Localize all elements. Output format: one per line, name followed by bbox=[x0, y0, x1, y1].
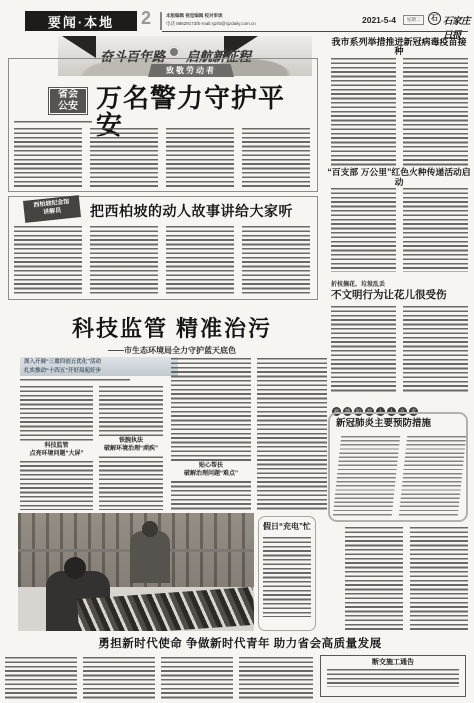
news-photo bbox=[18, 513, 254, 631]
police-body-col3 bbox=[166, 128, 234, 188]
section-label: 要闻·本地 bbox=[25, 11, 137, 31]
photo-person-back-head bbox=[142, 521, 158, 537]
masthead-contact-line: 电话 88629173/E-mail:sjzrb@sjzdaily.com.cn bbox=[166, 21, 316, 27]
relay-headline: “百支部 万公里”红色火种传递活动启动 bbox=[326, 172, 472, 183]
env-body-col4 bbox=[257, 358, 327, 510]
flower-body-col2 bbox=[403, 306, 468, 394]
right-lower-col2 bbox=[410, 527, 468, 632]
page-number: 2 bbox=[141, 8, 151, 29]
covid-box-text-col1 bbox=[333, 436, 400, 516]
xibaipo-body-col2 bbox=[90, 226, 158, 294]
env-slogan-banner: 深入开展“三重四创五优化”活动 扎实推动“十四五”开好局起好步 bbox=[20, 357, 178, 376]
notice-box: 断交施工通告 bbox=[320, 655, 466, 697]
police-badge-line2: 公安 bbox=[58, 101, 78, 113]
masthead-weekday: 星期二 bbox=[403, 15, 424, 25]
env-byline bbox=[20, 379, 130, 383]
photo-person-front-head bbox=[64, 557, 86, 579]
police-badge: 省会 公安 bbox=[48, 87, 88, 115]
banner-emblem-icon bbox=[168, 46, 180, 58]
photo-caption-box: 假日“充电”忙 bbox=[258, 516, 316, 631]
photo-person-back bbox=[130, 531, 170, 583]
police-body-col1 bbox=[14, 128, 82, 188]
masthead-divider bbox=[160, 12, 162, 30]
env-headline: 科技监管 精准治污 bbox=[52, 316, 292, 342]
env-subhead-1: 科技监管点亮环境问题“大屏” bbox=[20, 441, 93, 460]
bottom-body-col3 bbox=[161, 657, 233, 701]
paper-logo-icon: 石 bbox=[428, 12, 441, 25]
flower-body-col1 bbox=[331, 306, 396, 394]
police-badge-line1: 省会 bbox=[58, 89, 78, 101]
right-lower-col1 bbox=[345, 527, 403, 632]
covid-badge-row: 疫情防控人人有责 bbox=[332, 400, 432, 410]
police-body-col2 bbox=[90, 128, 158, 188]
relay-body-col2 bbox=[403, 188, 468, 272]
env-subhead-2: 铁腕执法破解环境治理“顽疾” bbox=[99, 436, 163, 455]
masthead-editor-line: 本版编辑 视觉编辑 校对审读 bbox=[166, 13, 316, 19]
vaccine-body-col1 bbox=[331, 58, 396, 168]
banner-left-triangle bbox=[62, 36, 96, 58]
xibaipo-headline: 把西柏坡的动人故事讲给大家听 bbox=[90, 204, 314, 219]
photo-caption-title: 假日“充电”忙 bbox=[263, 523, 311, 531]
covid-box-text-col2 bbox=[399, 436, 466, 516]
bottom-body-col1 bbox=[5, 657, 77, 701]
masthead-rule bbox=[162, 31, 468, 32]
police-body-col4 bbox=[242, 128, 310, 188]
bottom-body-col4 bbox=[239, 657, 313, 701]
xibaipo-body-col3 bbox=[166, 226, 234, 294]
notice-text bbox=[327, 669, 459, 687]
env-slogan-line2: 扎实推动“十四五”开好局起好步 bbox=[24, 367, 174, 376]
env-subhead-3: 贴心帮扶破解治理问题“难点” bbox=[171, 461, 251, 480]
notice-title: 断交施工通告 bbox=[327, 659, 459, 666]
vaccine-headline: 我市系列举措推进新冠病毒疫苗接种 bbox=[328, 41, 470, 53]
newspaper-page: 要闻·本地 2 本版编辑 视觉编辑 校对审读 电话 88629173/E-mai… bbox=[0, 0, 474, 703]
xibaipo-body-col1 bbox=[14, 226, 82, 294]
masthead-date: 2021-5-4 bbox=[362, 15, 396, 25]
photo-caption-text bbox=[263, 537, 311, 617]
covid-box-title: 新冠肺炎主要预防措施 bbox=[336, 419, 460, 429]
police-byline bbox=[14, 121, 92, 125]
flower-kicker: 折枝摘花、垃圾乱丢 bbox=[331, 282, 421, 288]
bottom-headline: 勇担新时代使命 争做新时代青年 助力省会高质量发展 bbox=[40, 638, 440, 651]
relay-body-col1 bbox=[331, 188, 396, 272]
covid-info-box: 新冠肺炎主要预防措施 bbox=[328, 412, 468, 522]
vaccine-body-col2 bbox=[403, 58, 468, 168]
env-body-col3 bbox=[171, 358, 251, 510]
xibaipo-body-col4 bbox=[242, 226, 310, 294]
env-slogan-line1: 深入开展“三重四创五优化”活动 bbox=[24, 358, 174, 367]
bottom-body-col2 bbox=[83, 657, 155, 701]
flower-headline: 不文明行为让花儿很受伤 bbox=[331, 290, 461, 301]
env-subtitle: ——市生态环境局全力守护蓝天底色 bbox=[82, 345, 262, 355]
